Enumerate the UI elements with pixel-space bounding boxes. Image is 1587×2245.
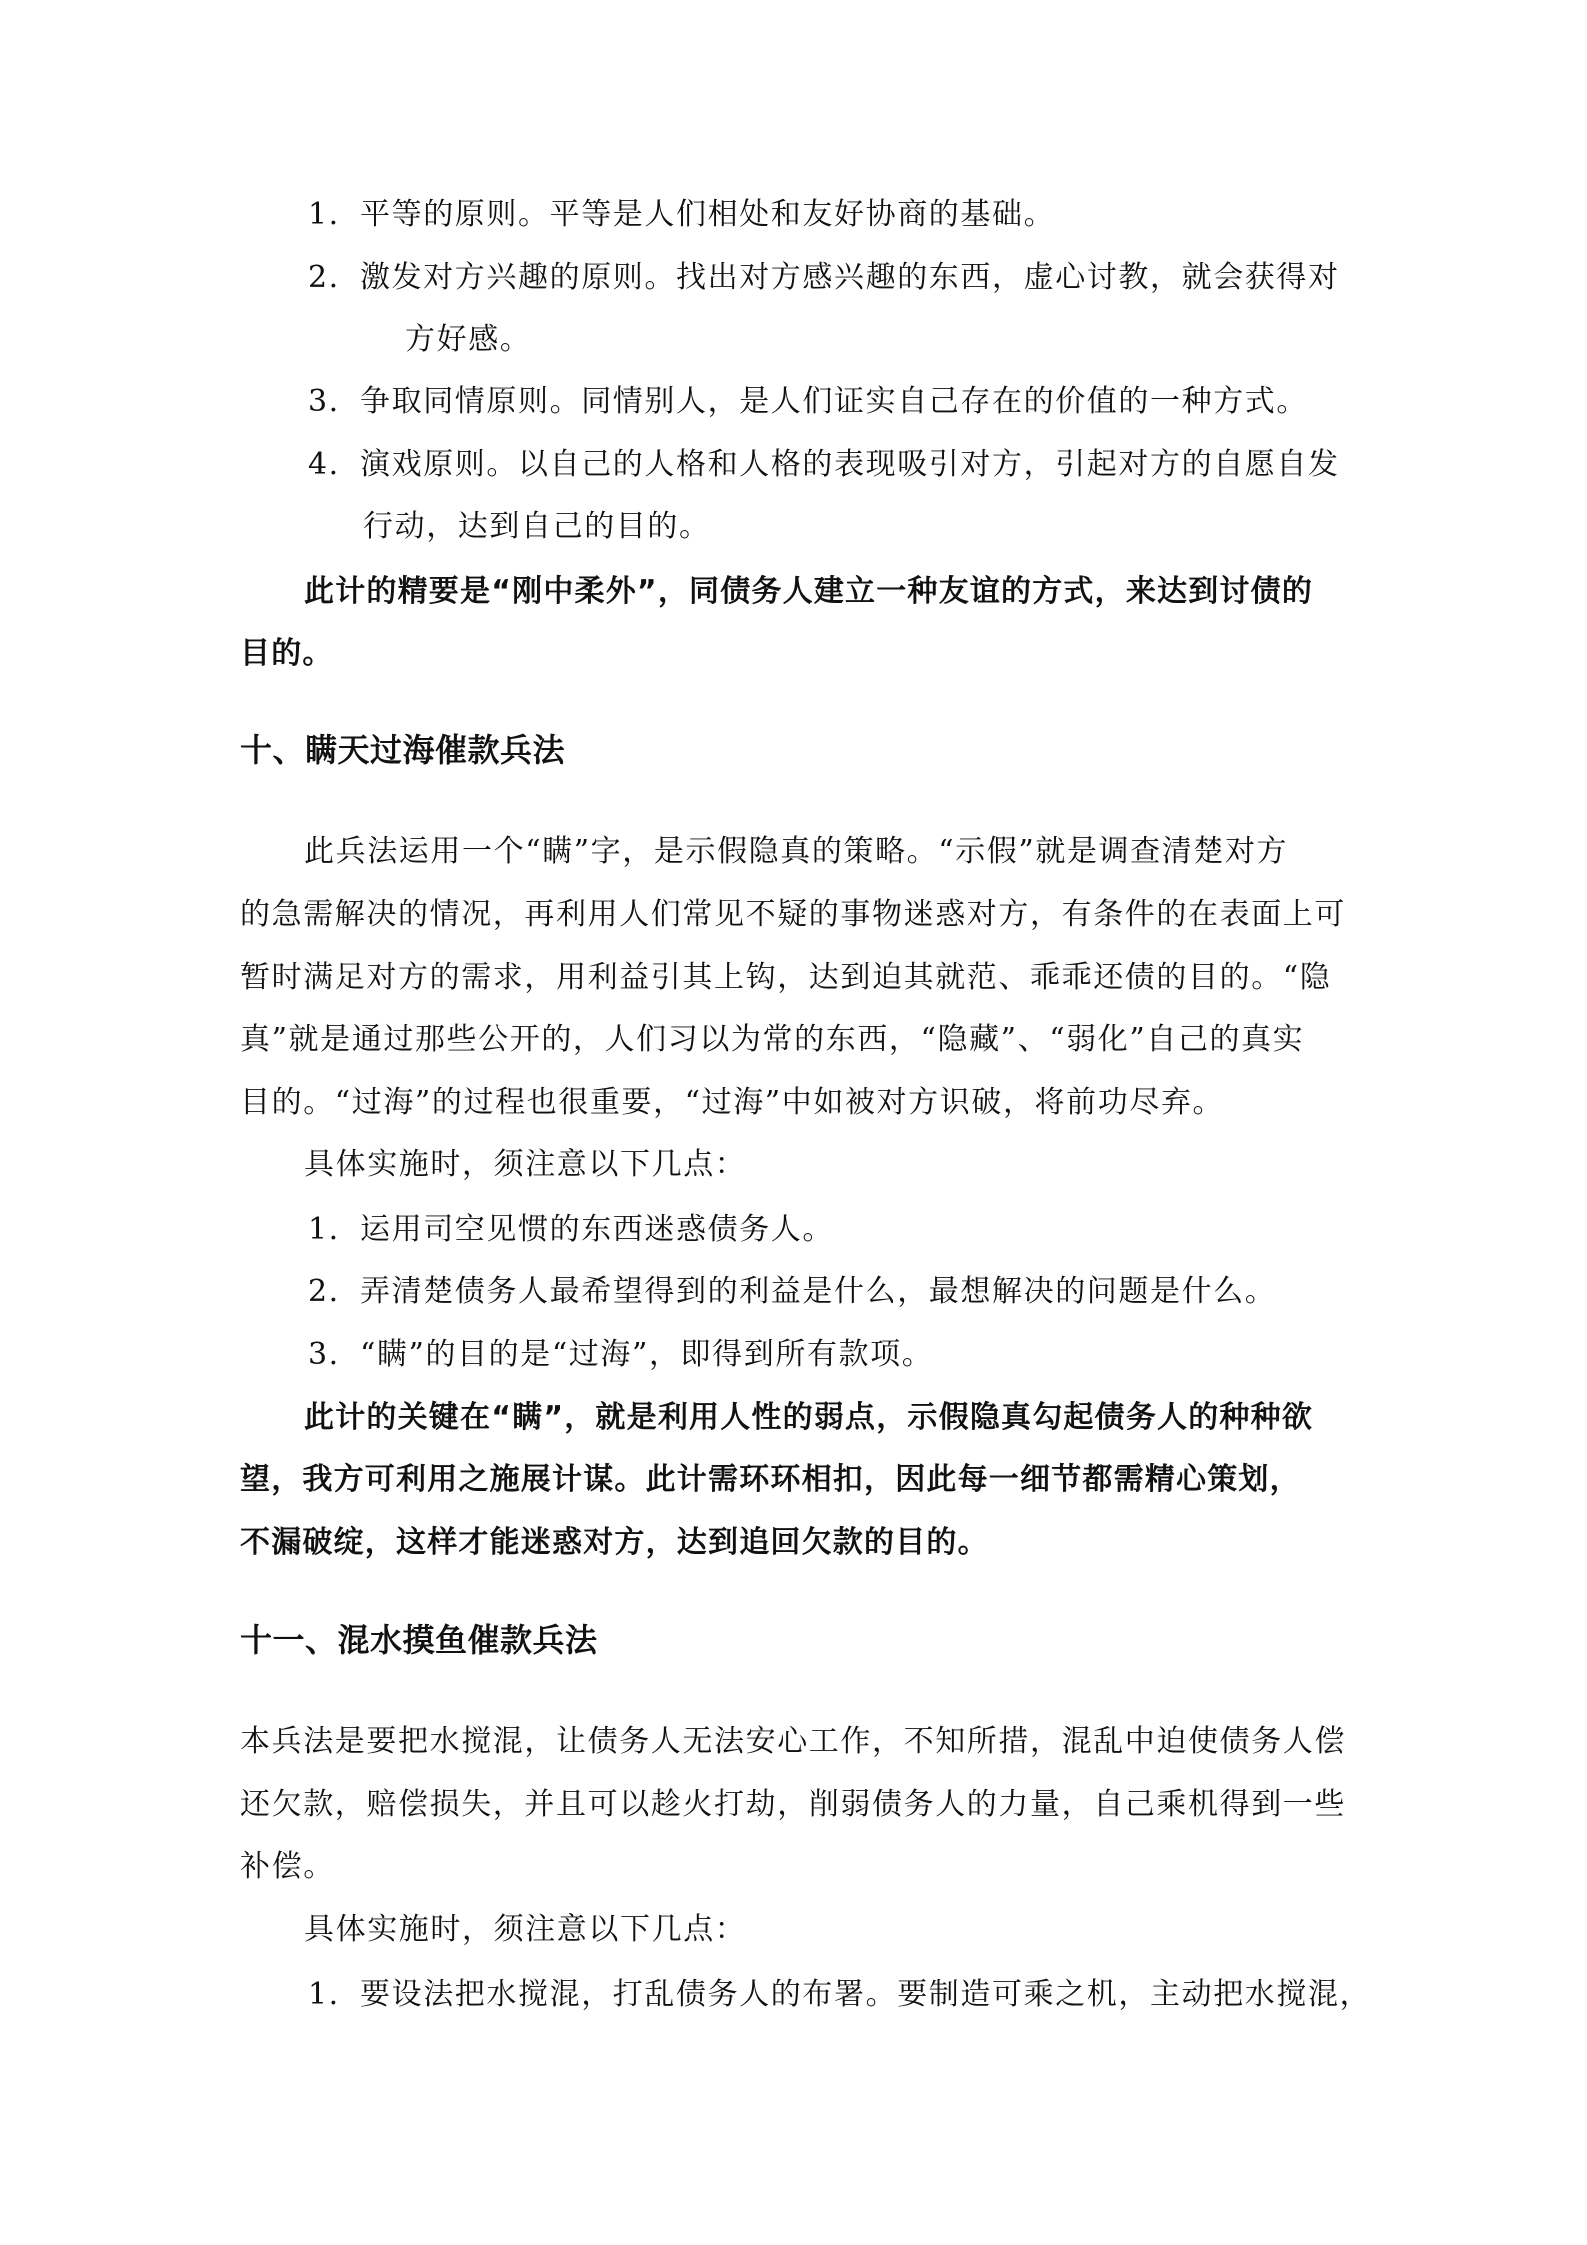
summary-paragraph-line: 此计的关键在“瞒”，就是利用人性的弱点，示假隐真勾起债务人的种种欲 <box>304 1398 1424 1438</box>
list-item: 2.弄清楚债务人最希望得到的利益是什么，最想解决的问题是什么。 <box>308 1272 1428 1312</box>
paragraph-line: 暂时满足对方的需求，用利益引其上钩，达到迫其就范、乖乖还债的目的。“隐 <box>240 958 1360 998</box>
list-number: 2. <box>308 258 360 298</box>
list-number: 3. <box>308 1335 360 1375</box>
document-page: 1.平等的原则。平等是人们相处和友好协商的基础。 2.激发对方兴趣的原则。找出对… <box>0 0 1587 2245</box>
paragraph-line: 此兵法运用一个“瞒”字，是示假隐真的策略。“示假”就是调查清楚对方 <box>304 832 1424 872</box>
list-item: 3.争取同情原则。同情别人，是人们证实自己存在的价值的一种方式。 <box>308 382 1428 422</box>
list-item: 2.激发对方兴趣的原则。找出对方感兴趣的东西，虚心讨教，就会获得对 <box>308 258 1428 298</box>
list-item-continuation: 方好感。 <box>405 320 1525 360</box>
list-item: 1.平等的原则。平等是人们相处和友好协商的基础。 <box>308 195 1428 235</box>
list-item: 1.要设法把水搅混，打乱债务人的布署。要制造可乘之机，主动把水搅混， <box>308 1975 1428 2015</box>
list-number: 3. <box>308 382 360 422</box>
section-heading: 十、瞒天过海催款兵法 <box>240 730 1360 770</box>
summary-paragraph-line: 目的。 <box>240 634 1360 674</box>
paragraph-line: 本兵法是要把水搅混，让债务人无法安心工作，不知所措，混乱中迫使债务人偿 <box>240 1722 1360 1762</box>
section-heading: 十一、混水摸鱼催款兵法 <box>240 1620 1360 1660</box>
list-item-continuation: 行动，达到自己的目的。 <box>363 507 1483 547</box>
summary-paragraph-line: 望，我方可利用之施展计谋。此计需环环相扣，因此每一细节都需精心策划， <box>240 1460 1360 1500</box>
list-number: 1. <box>308 1210 360 1250</box>
list-item: 3.“瞒”的目的是“过海”，即得到所有款项。 <box>308 1335 1428 1375</box>
paragraph-line: 补偿。 <box>240 1847 1360 1887</box>
list-item: 4.演戏原则。以自己的人格和人格的表现吸引对方，引起对方的自愿自发 <box>308 445 1428 485</box>
list-number: 1. <box>308 1975 360 2015</box>
summary-paragraph-line: 不漏破绽，这样才能迷惑对方，达到追回欠款的目的。 <box>240 1523 1360 1563</box>
list-number: 1. <box>308 195 360 235</box>
list-item: 1.运用司空见惯的东西迷惑债务人。 <box>308 1210 1428 1250</box>
paragraph-line: 的急需解决的情况，再利用人们常见不疑的事物迷惑对方，有条件的在表面上可 <box>240 895 1360 935</box>
paragraph-line: 还欠款，赔偿损失，并且可以趁火打劫，削弱债务人的力量，自己乘机得到一些 <box>240 1785 1360 1825</box>
paragraph-line: 目的。“过海”的过程也很重要，“过海”中如被对方识破，将前功尽弃。 <box>240 1083 1360 1123</box>
list-number: 2. <box>308 1272 360 1312</box>
list-number: 4. <box>308 445 360 485</box>
notes-intro: 具体实施时，须注意以下几点： <box>304 1910 1424 1950</box>
summary-paragraph-line: 此计的精要是“刚中柔外”，同债务人建立一种友谊的方式，来达到讨债的 <box>304 572 1424 612</box>
notes-intro: 具体实施时，须注意以下几点： <box>304 1145 1424 1185</box>
paragraph-line: 真”就是通过那些公开的，人们习以为常的东西，“隐藏”、“弱化”自己的真实 <box>240 1020 1360 1060</box>
